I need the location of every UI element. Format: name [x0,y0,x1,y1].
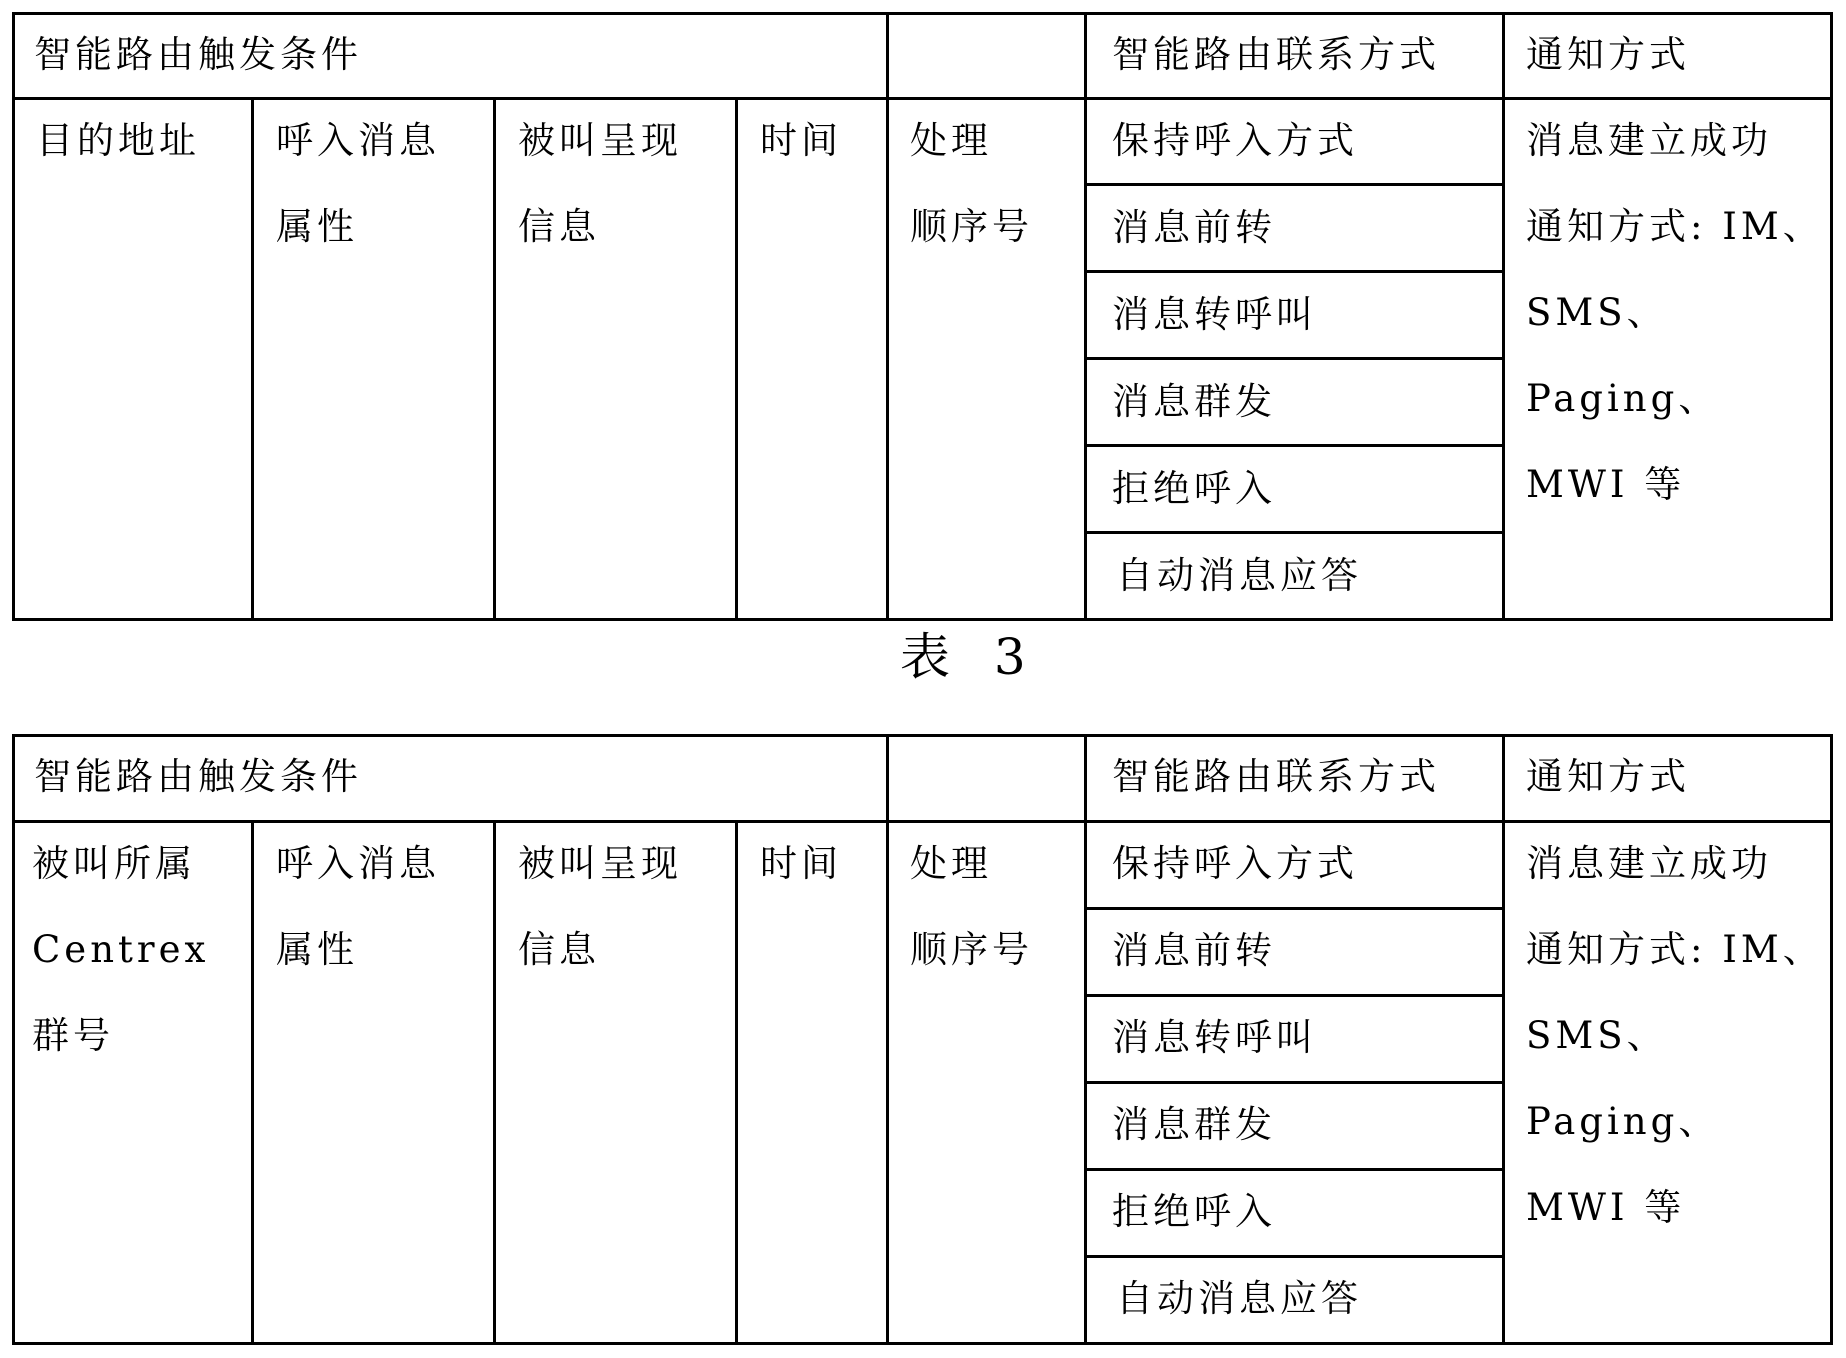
contact-method-item: 拒绝呼入 [1112,1169,1276,1255]
contact-method-item: 拒绝呼入 [1112,446,1276,532]
cell-callee-centrex-group: 被叫所属 Centrex 群号 [32,821,209,1079]
column-divider [1084,734,1087,1344]
cell-callee-presentation-info: 被叫呈现 信息 [518,821,682,993]
notification-text: 消息建立成功 通知方式: IM、 SMS、Paging、 MWI 等 [1526,98,1832,528]
notification-text: 消息建立成功 通知方式: IM、 SMS、Paging、 MWI 等 [1526,821,1832,1251]
column-divider [1502,734,1505,1344]
contact-method-item: 消息前转 [1112,908,1276,994]
column-divider [1084,12,1087,620]
contact-method-item: 消息前转 [1112,185,1276,271]
cell-incoming-message-attribute: 呼入消息 属性 [276,821,440,993]
header-notification: 通知方式 [1526,734,1690,820]
contact-method-item: 保持呼入方式 [1112,98,1358,184]
cell-callee-presentation-info: 被叫呈现 信息 [518,98,682,270]
table-border-bottom [12,1342,1833,1345]
cell-incoming-message-attribute: 呼入消息 属性 [276,98,440,270]
header-trigger-conditions: 智能路由触发条件 [34,734,362,820]
table-2: 智能路由触发条件 智能路由联系方式 通知方式 被叫所属 Centrex 群号 呼… [12,734,1832,1342]
column-divider [251,97,254,620]
cell-time: 时间 [760,821,842,907]
header-trigger-conditions: 智能路由触发条件 [34,12,362,98]
contact-method-item: 自动消息应答 [1116,1256,1362,1342]
table-border-left [12,734,15,1345]
column-divider [251,820,254,1344]
cell-processing-sequence: 处理 顺序号 [910,98,1033,270]
cell-time: 时间 [760,98,842,184]
table-border-left [12,12,15,621]
column-divider [886,12,889,620]
column-divider [493,97,496,620]
column-divider [735,820,738,1344]
cell-destination-address: 目的地址 [36,98,200,184]
contact-method-item: 消息转呼叫 [1112,995,1317,1081]
contact-method-item: 消息群发 [1112,1082,1276,1168]
table-caption: 表 3 [900,622,1040,692]
header-notification: 通知方式 [1526,12,1690,98]
cell-processing-sequence: 处理 顺序号 [910,821,1033,993]
contact-method-item: 保持呼入方式 [1112,821,1358,907]
contact-method-item: 消息转呼叫 [1112,272,1317,358]
contact-method-item: 消息群发 [1112,359,1276,445]
column-divider [886,734,889,1344]
contact-method-item: 自动消息应答 [1116,533,1362,619]
column-divider [493,820,496,1344]
header-contact-method: 智能路由联系方式 [1112,12,1440,98]
table-1: 智能路由触发条件 智能路由联系方式 通知方式 目的地址 呼入消息 属性 被叫呈现… [12,12,1832,620]
header-contact-method: 智能路由联系方式 [1112,734,1440,820]
column-divider [1502,12,1505,620]
column-divider [735,97,738,620]
table-border-bottom [12,618,1833,621]
